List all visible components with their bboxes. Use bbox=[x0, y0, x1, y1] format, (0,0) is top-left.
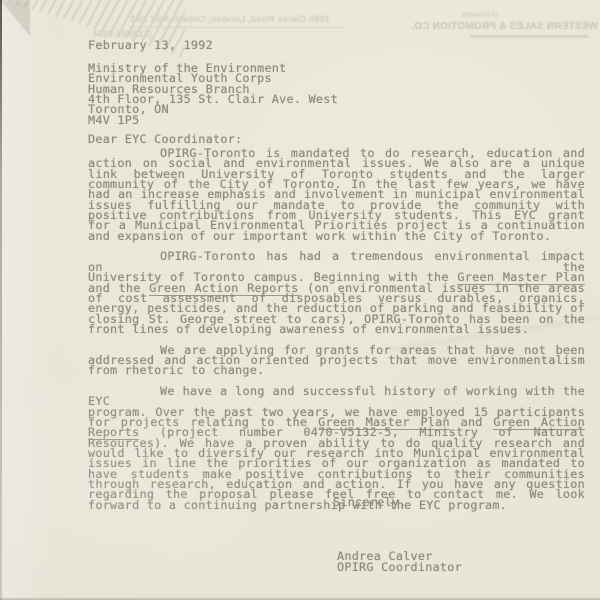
paragraph: We have a long and successful history of… bbox=[88, 386, 585, 510]
ghost-company-tagline bbox=[470, 35, 588, 38]
signature-title: OPIRG Coordinator bbox=[337, 562, 462, 573]
letter-scan-page: of CANADA WESTERN SALES & PROMOTION CO. … bbox=[0, 0, 600, 600]
signature-block: Andrea Calver OPIRG Coordinator bbox=[337, 551, 462, 573]
recipient-line: M4V 1P5 bbox=[88, 115, 338, 125]
body-line: We have a long and successful history of… bbox=[88, 386, 585, 407]
ghost-company-address: 1085 Clarke Road, London, Ontario N5V 3B… bbox=[50, 14, 330, 25]
closing: Sincerely, bbox=[333, 497, 407, 507]
ghost-company-name: WESTERN SALES & PROMOTION CO. bbox=[448, 21, 598, 32]
ghost-company-suffix: of CANADA bbox=[438, 12, 498, 19]
letterhead-corner-triangle-icon bbox=[0, 0, 30, 36]
letter-date: February 13, 1992 bbox=[88, 40, 213, 50]
paragraph: We are applying for grants for areas tha… bbox=[88, 345, 585, 376]
letter-body: OPIRG-Toronto is mandated to do research… bbox=[88, 148, 585, 521]
recipient-address: Ministry of the EnvironmentEnvironmental… bbox=[88, 63, 338, 125]
salutation: Dear EYC Coordinator: bbox=[88, 134, 242, 144]
scan-left-edge-artifact bbox=[0, 0, 2, 600]
ghost-letterhead-rule bbox=[130, 27, 345, 28]
body-line: and expansion of our important work with… bbox=[88, 231, 585, 241]
paragraph: OPIRG-Toronto is mandated to do research… bbox=[88, 148, 585, 241]
paragraph: OPIRG-Toronto has had a tremendous envir… bbox=[88, 251, 585, 334]
